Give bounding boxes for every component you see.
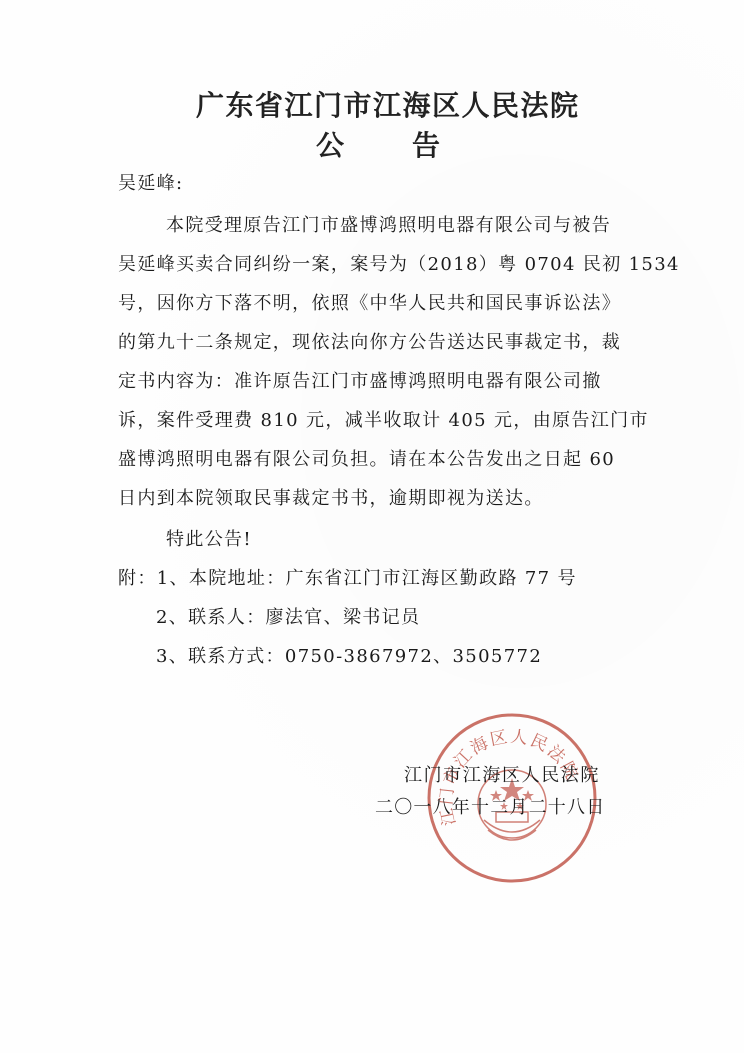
court-title: 广东省江门市江海区人民法院 — [196, 88, 560, 124]
body-line-5: 定书内容为：准许原告江门市盛博鸿照明电器有限公司撤 — [118, 370, 602, 394]
body-line-2: 吴延峰买卖合同纠纷一案，案号为（2018）粤 0704 民初 1534 — [118, 253, 680, 277]
body-line-8: 日内到本院领取民事裁定书书，逾期即视为送达。 — [118, 487, 544, 511]
attachment-phone: 3、联系方式：0750-3867972、3505772 — [156, 645, 542, 669]
body-line-7: 盛博鸿照明电器有限公司负担。请在本公告发出之日起 60 — [118, 448, 615, 472]
closing-statement: 特此公告! — [166, 528, 252, 552]
notice-heading-char-1: 公 — [316, 128, 344, 164]
issue-date: 二〇一八年十二月二十八日 — [375, 796, 605, 820]
attachment-address: 附：1、本院地址：广东省江门市江海区勤政路 77 号 — [118, 567, 577, 591]
attachment-contact-person: 2、联系人：廖法官、梁书记员 — [156, 606, 420, 630]
notice-heading: 公 告 — [316, 128, 440, 164]
notice-heading-char-2: 告 — [412, 128, 440, 164]
signature-court-name: 江门市江海区人民法院 — [404, 764, 600, 788]
body-line-6: 诉，案件受理费 810 元，减半收取计 405 元，由原告江门市 — [118, 409, 649, 433]
addressee: 吴延峰: — [118, 172, 183, 196]
body-line-3: 号，因你方下落不明，依照《中华人民共和国民事诉讼法》 — [118, 292, 621, 316]
document-page: 广东省江门市江海区人民法院 公 告 吴延峰: 本院受理原告江门市盛博鸿照明电器有… — [0, 0, 744, 1053]
body-line-1: 本院受理原告江门市盛博鸿照明电器有限公司与被告 — [166, 214, 611, 238]
body-line-4: 的第九十二条规定，现依法向你方公告送达民事裁定书，裁 — [118, 331, 621, 355]
